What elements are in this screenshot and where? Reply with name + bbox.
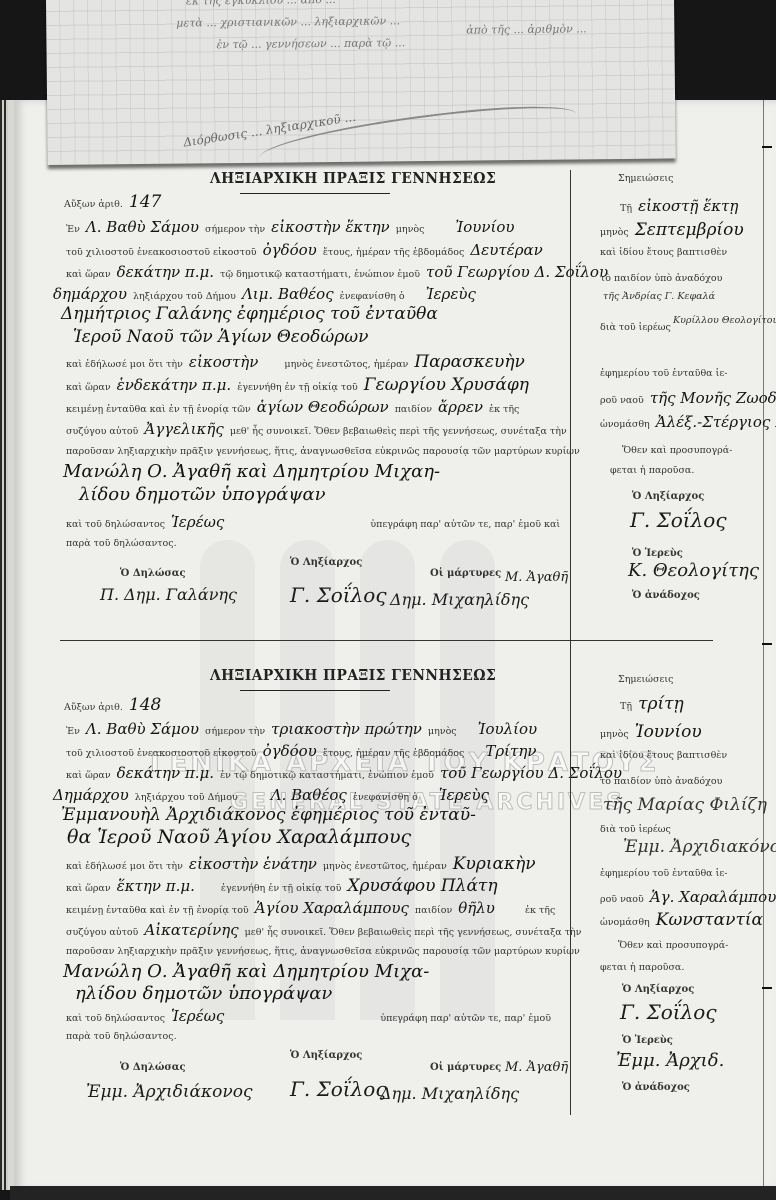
- printed-text: ὑπεγράφη παρ' αὐτῶν τε, παρ' ἐμοῦ καὶ: [370, 519, 560, 530]
- declarant-details-line: θα Ἱεροῦ Ναοῦ Ἁγίου Χαραλάμπους: [67, 830, 411, 844]
- godparent-field: τῆς Μαρίας Φιλίζη: [603, 795, 767, 815]
- note-child-line: τὸ παιδίον ὑπὸ ἀναδόχου: [600, 273, 722, 284]
- printed-text: καὶ τοῦ δηλώσαντος: [66, 1013, 165, 1024]
- record-line-7: καὶ ἐδήλωσέ μοι ὅτι τὴν εἰκοστὴν μηνὸς ἐ…: [66, 355, 528, 372]
- note-day-line: Τῇ τρίτῃ: [620, 694, 687, 714]
- baptism-day-field: εἰκοστῇ ἕκτῃ: [638, 197, 738, 215]
- hour-field: δεκάτην π.μ.: [117, 764, 214, 782]
- record-line-11: παροῦσαν ληξιαρχικὴν πρᾶξιν γεννήσεως, ἥ…: [66, 445, 580, 459]
- notes-registrar-label: Ὁ Ληξίαρχος: [632, 491, 704, 502]
- date-month-field: Ἰουλίου: [478, 720, 538, 738]
- printed-text: ἐνεφανίσθη ὁ: [340, 291, 405, 302]
- declarant-signature: Ἐμμ. Ἀρχιδιάκονος: [86, 1082, 253, 1102]
- child-name-field: Κωνσταντία: [656, 910, 763, 930]
- record-title: ΛΗΞΙΑΡΧΙΚΗ ΠΡΑΞΙΣ ΓΕΝΝΗΣΕΩΣ: [210, 169, 496, 187]
- margin-tick: [762, 643, 772, 645]
- printed-text: ἔτους, ἡμέραν τῆς ἑβδομάδος: [323, 748, 464, 759]
- note-closing-1: Ὅθεν καὶ προσυπογρά-: [618, 940, 728, 951]
- printed-text: ἐν τῷ δημοτικῷ καταστήματι, ἐνώπιον ἐμοῦ: [220, 770, 434, 781]
- record-line-9: κειμένῃ ἐνταῦθα καὶ ἐν τῇ ἐνορίᾳ τοῦ Ἁγί…: [66, 901, 555, 918]
- note-baptized-line: καὶ ἰδίου ἔτους βαπτισθὲν: [600, 750, 727, 761]
- declarant-details-line: Ἱεροῦ Ναοῦ τῶν Ἁγίων Θεοδώρων: [73, 330, 368, 344]
- record-line-2: τοῦ χιλιοστοῦ ἐνεακοσιοστοῦ εἰκοστοῦ ὀγδ…: [66, 744, 539, 761]
- record-line-15: παρὰ τοῦ δηλώσαντος.: [66, 537, 177, 551]
- registrar-name-field: τοῦ Γεωργίου Δ. Σοΐλου: [426, 263, 608, 281]
- printed-text: Ἐν: [66, 726, 80, 737]
- witness-signature: Μ. Ἀγαθῆ: [505, 1060, 568, 1075]
- weekday-field: Δευτέραν: [470, 241, 542, 259]
- notes-priest-signature: Κ. Θεολογίτης: [628, 560, 759, 581]
- notes-registrar-signature: Γ. Σοΐλος: [630, 508, 727, 532]
- witnesses-handwritten: Μανώλη Ο. Ἀγαθῆ καὶ Δημητρίου Μιχα-: [63, 965, 429, 979]
- printed-text: μεθ' ἧς συνοικεῖ. Ὅθεν βεβαιωθεὶς περὶ τ…: [245, 927, 582, 938]
- church-field: τῆς Μονῆς Ζωοδόχου: [650, 389, 776, 407]
- page-bottom-edge: [10, 1186, 776, 1200]
- printed-text: συζύγου αὐτοῦ: [66, 927, 138, 938]
- slip-line: ἐν τῷ ... γεννήσεων ... παρὰ τῷ ...: [216, 36, 405, 51]
- serial-number-line: Αὔξων ἀριθ. 148: [64, 698, 164, 715]
- registrar-label: Ὁ Ληξίαρχος: [290, 1050, 362, 1061]
- printed-text: καὶ ὥραν: [66, 382, 111, 393]
- printed-text: ληξιάρχου τοῦ Δήμου: [133, 291, 236, 302]
- printed-text: μεθ' ἧς συνοικεῖ. Ὅθεν βεβαιωθεὶς περὶ τ…: [230, 426, 567, 437]
- note-month-line: μηνὸς Ἰουνίου: [600, 722, 705, 742]
- printed-text: καὶ ὥραν: [66, 770, 111, 781]
- title-underline: [240, 193, 390, 194]
- printed-text: μηνὸς: [600, 729, 629, 740]
- printed-text: μηνὸς: [396, 224, 425, 235]
- printed-text: καὶ ἐδήλωσέ μοι ὅτι τὴν: [66, 359, 183, 370]
- record-line-3: καὶ ὥραν δεκάτην π.μ. ἐν τῷ δημοτικῷ κατ…: [66, 766, 625, 783]
- sex-field: θῆλυ: [458, 899, 495, 917]
- witnesses-handwritten: Μανώλη Ο. Ἀγαθῆ καὶ Δημητρίου Μιχαη-: [63, 465, 440, 479]
- witness-signature: Μ. Ἀγαθῆ: [505, 570, 568, 585]
- birth-weekday-field: Κυριακὴν: [453, 854, 536, 874]
- date-day-field: εἰκοστὴν ἕκτην: [271, 218, 390, 236]
- weekday-field: Τρίτην: [485, 742, 536, 760]
- registrar-signature: Γ. Σοΐλος: [290, 1077, 387, 1101]
- printed-text: Τῇ: [620, 203, 632, 214]
- witness-signature: Δημ. Μιχαηλίδης: [380, 1084, 519, 1103]
- printed-text: κειμένῃ ἐνταῦθα καὶ ἐν τῇ ἐνορίᾳ τοῦ: [66, 905, 249, 916]
- baptism-day-field: τρίτῃ: [638, 694, 684, 714]
- declarant-field: Ἰερεὺς: [426, 285, 476, 303]
- attached-note-slip: ἐκ τῆς ἐγκυκλίου ... ἀπό ... μετὰ ... χρ…: [46, 0, 676, 165]
- registrar-name-field: τοῦ Γεωργίου Δ. Σοΐλου: [440, 764, 622, 782]
- registrar-label: Ὁ Ληξίαρχος: [290, 557, 362, 568]
- witnesses-label: Οἱ μάρτυρες: [430, 568, 501, 579]
- notes-priest-label: Ὁ Ἱερεὺς: [622, 1035, 673, 1046]
- birth-day-field: εἰκοστὴν: [189, 353, 258, 371]
- priest-field: Ἐμμ. Ἀρχιδιακόνου: [623, 837, 776, 857]
- date-day-field: τριακοστὴν πρώτην: [271, 720, 422, 738]
- declarant-label: Ὁ Δηλώσας: [120, 568, 186, 579]
- notes-heading: Σημειώσεις: [618, 674, 673, 685]
- declarant-title-field: Ἱερέως: [171, 1007, 224, 1025]
- printed-text: καὶ ἐδήλωσέ μοι ὅτι τὴν: [66, 861, 183, 872]
- parish-field: ἁγίων Θεοδώρων: [257, 398, 389, 416]
- printed-text: καὶ ὥραν: [66, 269, 111, 280]
- record-line-1: Ἐν Λ. Βαθὺ Σάμου σήμερον τὴν εἰκοστὴν ἕκ…: [66, 220, 518, 237]
- printed-text: κειμένῃ ἐνταῦθα καὶ ἐν τῇ ἐνορίᾳ τῶν: [66, 404, 251, 415]
- birth-weekday-field: Παρασκευὴν: [414, 352, 525, 372]
- record-line-3: καὶ ὥραν δεκάτην π.μ. τῷ δημοτικῷ καταστ…: [66, 265, 611, 282]
- printed-text: συζύγου αὐτοῦ: [66, 426, 138, 437]
- witnesses-label: Οἱ μάρτυρες: [430, 1062, 501, 1073]
- birth-record-148: ΛΗΞΙΑΡΧΙΚΗ ΠΡΑΞΙΣ ΓΕΝΝΗΣΕΩΣ Αὔξων ἀριθ. …: [50, 662, 770, 1142]
- note-priest-line: διὰ τοῦ ἱερέως: [600, 322, 671, 333]
- hour-field: δεκάτην π.μ.: [117, 263, 214, 281]
- record-line-14: καὶ τοῦ δηλώσαντος Ἱερέως ὑπεγράφη παρ' …: [66, 515, 560, 532]
- church-field: Ἁγ. Χαραλάμπους: [650, 888, 776, 906]
- printed-text: ἐνεφανίσθη ὁ: [353, 792, 418, 803]
- slip-line: μετὰ ... χριστιανικῶν ... ληξιαρχικῶν ..…: [176, 14, 400, 29]
- declarant-details-line: Ἐμμανουὴλ Ἀρχιδιάκονος ἐφημέριος τοῦ ἐντ…: [61, 808, 476, 822]
- deme-field: Λ. Βαθέος: [271, 786, 347, 804]
- printed-text: ὑπεγράφη παρ' αὐτῶν τε, παρ' ἐμοῦ: [380, 1013, 551, 1024]
- birth-house-field: Γεωργίου Χρυσάφη: [364, 375, 529, 395]
- printed-text: τοῦ χιλιοστοῦ ἐνεακοσιοστοῦ εἰκοστοῦ: [66, 748, 257, 759]
- year-field: ὀγδόου: [263, 241, 317, 259]
- note-church-line: ἐφημερίου τοῦ ἐνταῦθα ἱε-: [600, 868, 727, 879]
- record-line-10: συζύγου αὐτοῦ Ἀγγελικῆς μεθ' ἧς συνοικεῖ…: [66, 422, 567, 439]
- printed-text: Ἐν: [66, 224, 80, 235]
- note-day-line: Τῇ εἰκοστῇ ἕκτῃ: [620, 197, 741, 215]
- place-field: Λ. Βαθὺ Σάμου: [86, 218, 199, 236]
- note-church-line-2: ροῦ ναοῦ τῆς Μονῆς Ζωοδόχου: [600, 389, 776, 407]
- deme-field: Λιμ. Βαθέος: [242, 285, 334, 303]
- margin-tick: [762, 146, 772, 148]
- record-line-1: Ἐν Λ. Βαθὺ Σάμου σήμερον τὴν τριακοστὴν …: [66, 722, 540, 739]
- date-month-field: Ἰουνίου: [455, 218, 514, 236]
- parish-field: Ἁγίου Χαραλάμπους: [255, 899, 409, 917]
- witnesses-handwritten: ηλίδου δημοτῶν ὑπογράψαν: [75, 987, 332, 1001]
- notes-priest-label: Ὁ Ἱερεὺς: [632, 548, 683, 559]
- printed-text: μηνὸς ἐνεστῶτος, ἡμέραν: [284, 359, 408, 370]
- birth-house-field: Χρυσάφου Πλάτη: [347, 876, 497, 896]
- printed-text: διὰ τοῦ ἱερέως: [600, 824, 671, 835]
- printed-text: μηνὸς: [600, 227, 629, 238]
- birth-hour-field: ἕκτην π.μ.: [117, 877, 195, 895]
- declarant-title-field: Ἱερέως: [171, 513, 224, 531]
- birth-hour-field: ἑνδεκάτην π.μ.: [117, 376, 232, 394]
- note-baptized-line: καὶ ἰδίου ἔτους βαπτισθὲν: [600, 247, 727, 258]
- year-field: ὀγδόου: [263, 742, 317, 760]
- printed-text: σήμερον τὴν: [205, 224, 265, 235]
- record-line-8: καὶ ὥραν ἑνδεκάτην π.μ. ἐγεννήθη ἐν τῇ ο…: [66, 378, 532, 395]
- serial-number: 148: [129, 695, 161, 715]
- slip-line: ἀπὸ τῆς ... ἀριθμὸν ...: [466, 22, 587, 36]
- printed-text: παιδίον: [415, 905, 452, 916]
- record-line-9: κειμένῃ ἐνταῦθα καὶ ἐν τῇ ἐνορίᾳ τῶν ἁγί…: [66, 400, 519, 417]
- printed-text: παιδίον: [395, 404, 432, 415]
- witnesses-handwritten: λίδου δημοτῶν ὑπογράψαν: [79, 488, 326, 502]
- mother-name-field: Αἰκατερίνης: [144, 921, 238, 939]
- title-underline: [240, 690, 390, 691]
- note-named-line: ὠνομάσθη Κωνσταντία: [600, 910, 766, 930]
- birth-day-field: εἰκοστὴν ἑνάτην: [189, 855, 317, 873]
- notes-godparent-label: Ὁ ἀνάδοχος: [622, 1082, 690, 1093]
- birth-record-147: ΛΗΞΙΑΡΧΙΚΗ ΠΡΑΞΙΣ ΓΕΝΝΗΣΕΩΣ Αὔξων ἀριθ. …: [50, 165, 770, 645]
- printed-text: ροῦ ναοῦ: [600, 395, 644, 406]
- printed-text: ὠνομάσθη: [600, 917, 650, 928]
- record-line-14: καὶ τοῦ δηλώσαντος Ἱερέως ὑπεγράφη παρ' …: [66, 1009, 551, 1026]
- serial-number-line: Αὔξων ἀριθ. 147: [64, 195, 164, 212]
- printed-text: μηνὸς: [428, 726, 457, 737]
- notes-registrar-label: Ὁ Ληξίαρχος: [622, 984, 694, 995]
- printed-text: ἐγεννήθη ἐν τῇ οἰκίᾳ τοῦ: [237, 382, 358, 393]
- printed-text: ὠνομάσθη: [600, 419, 650, 430]
- serial-label: Αὔξων ἀριθ.: [64, 199, 123, 210]
- printed-text: καὶ ὥραν: [66, 883, 111, 894]
- printed-text: μηνὸς ἐνεστῶτος, ἡμέραν: [323, 861, 447, 872]
- record-title: ΛΗΞΙΑΡΧΙΚΗ ΠΡΑΞΙΣ ΓΕΝΝΗΣΕΩΣ: [210, 666, 496, 684]
- record-line-15: παρὰ τοῦ δηλώσαντος.: [66, 1030, 177, 1044]
- registrar-signature: Γ. Σοΐλος: [290, 583, 387, 607]
- slip-line: ἐκ τῆς ἐγκυκλίου ... ἀπό ...: [186, 0, 336, 8]
- printed-text: διὰ τοῦ ἱερέως: [600, 322, 671, 333]
- record-separator: [60, 640, 713, 641]
- priest-field: Κυρίλλου Θεολογίτου: [673, 315, 776, 326]
- record-line-11: παροῦσαν ληξιαρχικὴν πρᾶξιν γεννήσεως, ἥ…: [66, 945, 580, 959]
- note-month-line: μηνὸς Σεπτεμβρίου: [600, 220, 747, 240]
- place-field: Λ. Βαθὺ Σάμου: [86, 720, 199, 738]
- registrar-role-field: Δημάρχου: [53, 786, 129, 804]
- printed-text: ροῦ ναοῦ: [600, 894, 644, 905]
- printed-text: Τῇ: [620, 701, 632, 712]
- note-closing-2: φεται ἡ παροῦσα.: [600, 962, 684, 973]
- record-line-10: συζύγου αὐτοῦ Αἰκατερίνης μεθ' ἧς συνοικ…: [66, 923, 581, 940]
- printed-text: τῷ δημοτικῷ καταστήματι, ἐνώπιον ἐμοῦ: [220, 269, 420, 280]
- record-line-4: Δημάρχου ληξιάρχου τοῦ Δήμου Λ. Βαθέος ἐ…: [50, 788, 492, 805]
- printed-text: ἐγεννήθη ἐν τῇ οἰκίᾳ τοῦ: [221, 883, 342, 894]
- declarant-field: Ἱερεὺς: [439, 786, 489, 804]
- notes-registrar-signature: Γ. Σοΐλος: [620, 1000, 717, 1024]
- notes-godparent-label: Ὁ ἀνάδοχος: [632, 590, 700, 601]
- record-line-4: δημάρχου ληξιάρχου τοῦ Δήμου Λιμ. Βαθέος…: [50, 287, 479, 304]
- printed-text: ἐκ τῆς: [489, 404, 519, 415]
- note-church-line-2: ροῦ ναοῦ Ἁγ. Χαραλάμπους: [600, 888, 776, 906]
- serial-number: 147: [129, 192, 161, 212]
- note-child-line: τὸ παιδίον ὑπὸ ἀναδόχου: [600, 776, 722, 787]
- printed-text: καὶ τοῦ δηλώσαντος: [66, 519, 165, 530]
- notes-heading: Σημειώσεις: [618, 173, 673, 184]
- note-closing-1: Ὅθεν καὶ προσυπογρά-: [622, 445, 732, 456]
- mother-name-field: Ἀγγελικῆς: [144, 420, 223, 438]
- godparent-field: τῆς Ἀνδρίας Γ. Κεφαλά: [603, 291, 715, 302]
- printed-text: σήμερον τὴν: [205, 726, 265, 737]
- sex-field: ἄρρεν: [438, 398, 483, 416]
- baptism-month-field: Σεπτεμβρίου: [635, 220, 744, 240]
- notes-divider: [570, 170, 571, 640]
- record-line-8: καὶ ὥραν ἕκτην π.μ. ἐγεννήθη ἐν τῇ οἰκίᾳ…: [66, 879, 501, 896]
- printed-text: ἔτους, ἡμέραν τῆς ἑβδομάδος: [323, 247, 464, 258]
- witness-signature: Δημ. Μιχαηλίδης: [390, 590, 529, 609]
- child-name-field: Ἀλέξ.-Στέργιος Μαύρος: [656, 413, 776, 431]
- notes-priest-signature: Ἐμμ. Ἀρχιδ.: [616, 1050, 724, 1071]
- note-church-line: ἐφημερίου τοῦ ἐνταῦθα ἱε-: [600, 368, 727, 379]
- notes-divider: [570, 640, 571, 1115]
- record-line-2: τοῦ χιλιοστοῦ ἐνεακοσιοστοῦ εἰκοστοῦ ὀγδ…: [66, 243, 546, 260]
- record-line-7: καὶ ἐδήλωσέ μοι ὅτι τὴν εἰκοστὴν ἑνάτην …: [66, 857, 539, 874]
- declarant-signature: Π. Δημ. Γαλάνης: [100, 585, 237, 604]
- declarant-label: Ὁ Δηλώσας: [120, 1062, 186, 1073]
- registrar-role-field: δημάρχου: [53, 285, 127, 303]
- declarant-details-line: Δημήτριος Γαλάνης ἐφημέριος τοῦ ἐνταῦθα: [61, 307, 438, 321]
- serial-label: Αὔξων ἀριθ.: [64, 702, 123, 713]
- baptism-month-field: Ἰουνίου: [635, 722, 702, 742]
- printed-text: ἐκ τῆς: [525, 905, 555, 916]
- note-closing-2: φεται ἡ παροῦσα.: [610, 465, 694, 476]
- note-named-line: ὠνομάσθη Ἀλέξ.-Στέργιος Μαύρος: [600, 413, 776, 431]
- note-priest-line: διὰ τοῦ ἱερέως: [600, 824, 671, 835]
- printed-text: ληξιάρχου τοῦ Δήμου: [135, 792, 238, 803]
- printed-text: τοῦ χιλιοστοῦ ἐνεακοσιοστοῦ εἰκοστοῦ: [66, 247, 257, 258]
